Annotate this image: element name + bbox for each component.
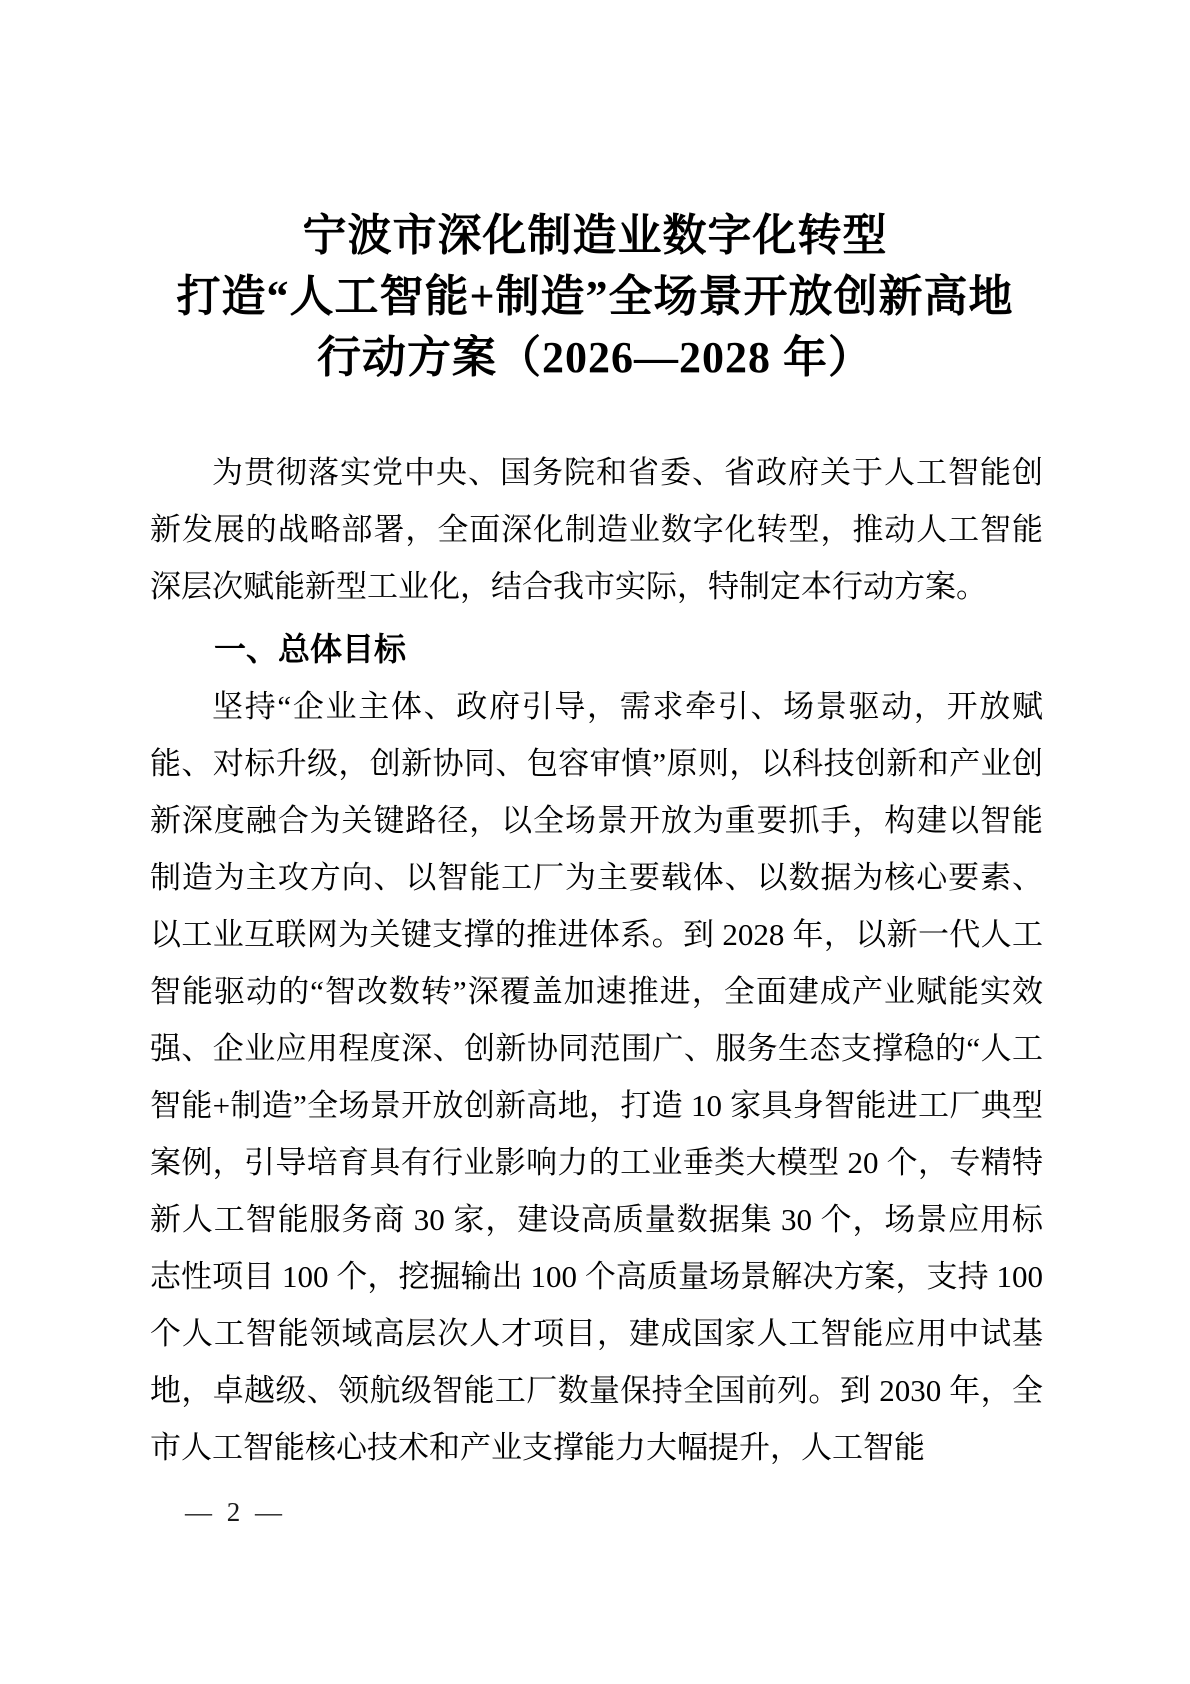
document-title-line-2: 打造“人工智能+制造”全场景开放创新高地	[0, 266, 1190, 327]
page-number: — 2 —	[185, 1494, 286, 1530]
section1-paragraph: 坚持“企业主体、政府引导，需求牵引、场景驱动，开放赋能、对标升级，创新协同、包容…	[150, 678, 1043, 1476]
document-title-line-1: 宁波市深化制造业数字化转型	[0, 205, 1190, 266]
document-title: 宁波市深化制造业数字化转型 打造“人工智能+制造”全场景开放创新高地 行动方案（…	[0, 205, 1190, 388]
document-title-line-3: 行动方案（2026—2028 年）	[0, 327, 1190, 388]
document-body: 为贯彻落实党中央、国务院和省委、省政府关于人工智能创新发展的战略部署，全面深化制…	[150, 444, 1043, 1476]
intro-paragraph: 为贯彻落实党中央、国务院和省委、省政府关于人工智能创新发展的战略部署，全面深化制…	[150, 444, 1043, 615]
section-heading-overall-goals: 一、总体目标	[150, 621, 1043, 678]
document-page: 宁波市深化制造业数字化转型 打造“人工智能+制造”全场景开放创新高地 行动方案（…	[0, 0, 1190, 1684]
